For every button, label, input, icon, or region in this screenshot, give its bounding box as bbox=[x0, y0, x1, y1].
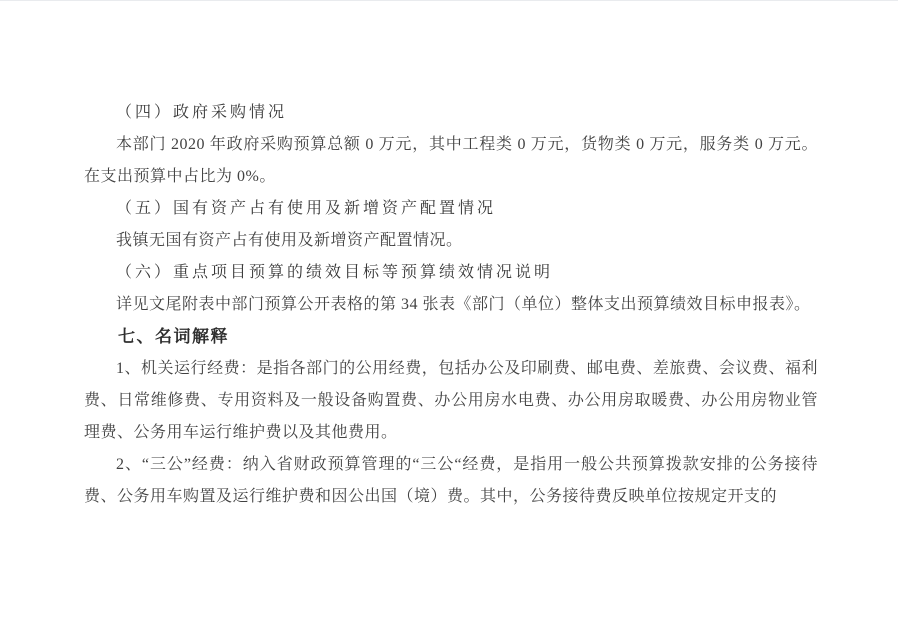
paragraph-performance-targets: 详见文尾附表中部门预算公开表格的第 34 张表《部门（单位）整体支出预算绩效目标… bbox=[84, 289, 818, 321]
paragraph-glossary-item-2: 2、“三公”经费：纳入省财政预算管理的“三公“经费，是指用一般公共预算拨款安排的… bbox=[84, 449, 818, 513]
section-heading-government-procurement: （四）政府采购情况 bbox=[84, 97, 818, 129]
section-heading-state-assets: （五）国有资产占有使用及新增资产配置情况 bbox=[84, 193, 818, 225]
section-heading-performance-targets: （六）重点项目预算的绩效目标等预算绩效情况说明 bbox=[84, 257, 818, 289]
paragraph-procurement-budget: 本部门 2020 年政府采购预算总额 0 万元，其中工程类 0 万元，货物类 0… bbox=[84, 129, 818, 193]
paragraph-glossary-item-1: 1、机关运行经费：是指各部门的公用经费，包括办公及印刷费、邮电费、差旅费、会议费… bbox=[84, 353, 818, 449]
paragraph-state-assets: 我镇无国有资产占有使用及新增资产配置情况。 bbox=[84, 225, 818, 257]
document-page: （四）政府采购情况 本部门 2020 年政府采购预算总额 0 万元，其中工程类 … bbox=[0, 1, 898, 635]
chapter-heading-glossary: 七、名词解释 bbox=[84, 321, 818, 353]
